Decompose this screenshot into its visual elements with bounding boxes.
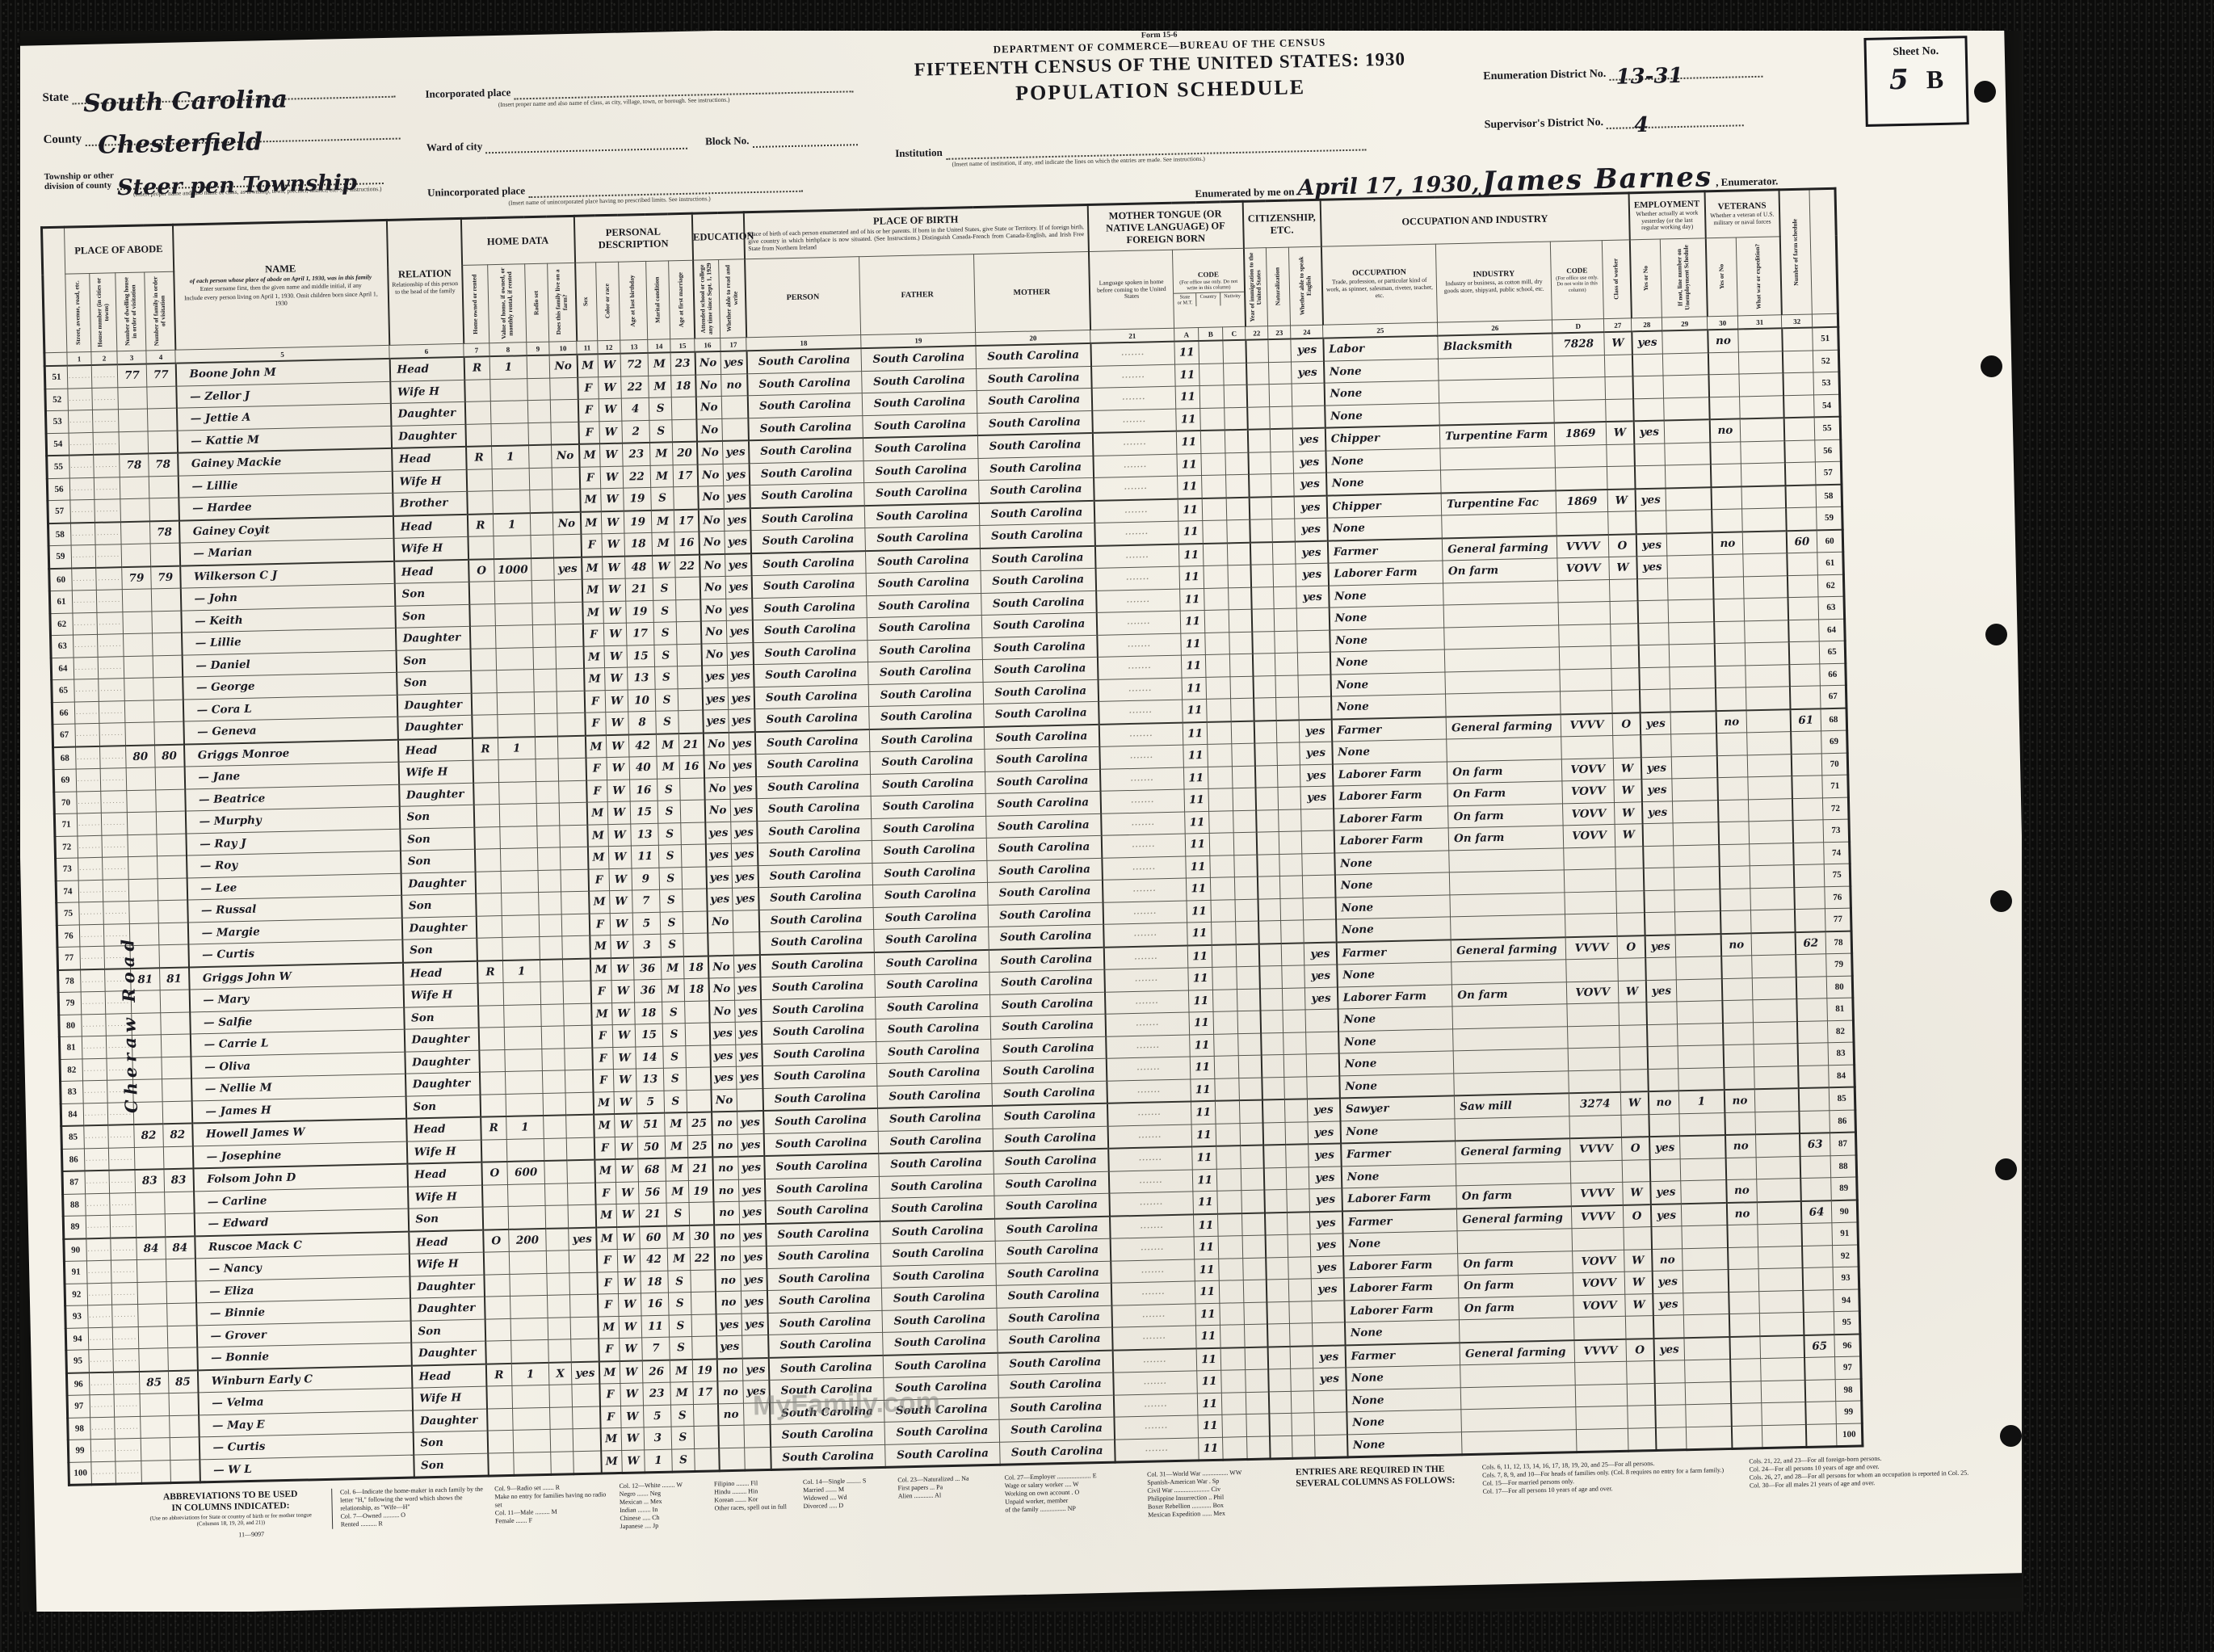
cell-family-number xyxy=(161,1011,191,1034)
cell-radio-set xyxy=(531,557,555,581)
cell-street xyxy=(76,746,101,769)
cell-language xyxy=(1104,968,1189,992)
cell-street xyxy=(69,432,94,456)
cell-line-number-right: 52 xyxy=(1813,350,1840,372)
cell-occupation: None xyxy=(1345,1320,1460,1345)
cell-birthplace-mother: South Carolina xyxy=(983,679,1099,704)
cell-line-number: 96 xyxy=(66,1372,90,1396)
cell-code-c xyxy=(1231,698,1254,721)
cell-line-number-right: 81 xyxy=(1827,998,1854,1020)
cell-radio-set xyxy=(531,580,555,603)
cell-age: 15 xyxy=(630,801,658,823)
county-label: County xyxy=(43,132,82,146)
cell-race: W xyxy=(607,801,631,824)
cell-class-of-worker: W xyxy=(1624,1249,1653,1272)
cell-industry xyxy=(1443,580,1559,605)
cell-marital: S xyxy=(657,801,681,823)
cell-sex: M xyxy=(598,1316,620,1339)
cell-code-c xyxy=(1224,363,1247,385)
cell-at-work xyxy=(1635,465,1666,489)
cell-birthplace-father: South Carolina xyxy=(878,1106,994,1131)
cell-war xyxy=(1761,1357,1805,1381)
cell-code-a: 11 xyxy=(1197,1370,1222,1393)
cell-age-first-marriage: 17 xyxy=(674,509,699,532)
cell-birthplace-father: South Carolina xyxy=(867,615,982,640)
cell-occupation-code: VOVV xyxy=(1573,1250,1625,1273)
cell-home-value xyxy=(502,914,540,937)
cell-family-number xyxy=(170,1414,200,1437)
cell-marital: M xyxy=(662,979,685,1002)
cell-line-number-right: 75 xyxy=(1824,864,1851,886)
cell-birthplace-mother: South Carolina xyxy=(985,769,1101,794)
cell-birthplace-mother: South Carolina xyxy=(994,1149,1109,1174)
cell-speak-english: yes xyxy=(1308,1098,1341,1121)
cell-birthplace-father: South Carolina xyxy=(882,1308,998,1333)
cell-unemployment-line xyxy=(1680,1158,1726,1181)
cell-marital: S xyxy=(660,911,683,934)
cell-farm-schedule xyxy=(1785,462,1817,486)
cell-code-b xyxy=(1218,1236,1243,1259)
cell-farm-schedule xyxy=(1802,1245,1834,1267)
cell-code-a: 11 xyxy=(1194,1236,1219,1259)
cell-naturalization xyxy=(1274,586,1297,608)
col-age-first-marriage: Age at first marriage xyxy=(669,260,695,339)
cell-naturalization xyxy=(1269,384,1292,406)
cell-home-owned xyxy=(482,1206,509,1230)
cell-race: W xyxy=(621,1405,645,1427)
cell-birthplace-father: South Carolina xyxy=(872,860,988,885)
cell-sex: M xyxy=(595,1204,617,1228)
cell-occupation: Labor xyxy=(1323,336,1439,361)
cell-speak-english xyxy=(1297,652,1330,675)
cell-farm-schedule xyxy=(1803,1289,1834,1312)
cell-naturalization xyxy=(1279,831,1302,854)
cell-unemployment-line xyxy=(1670,688,1716,712)
cell-birthplace-mother: South Carolina xyxy=(998,1327,1113,1352)
cell-race: W xyxy=(613,1069,636,1091)
col-age: Age at last birthday xyxy=(619,261,648,340)
cell-naturalization xyxy=(1285,1099,1309,1122)
cell-line-number-right: 54 xyxy=(1814,394,1841,418)
cell-code-a: 11 xyxy=(1182,677,1207,700)
cell-age: 8 xyxy=(628,711,657,734)
cell-industry: General farming xyxy=(1460,1340,1575,1365)
cell-code-a: 11 xyxy=(1191,1078,1216,1102)
cell-year-immigration xyxy=(1267,1346,1291,1369)
cell-line-number-right: 83 xyxy=(1828,1042,1855,1065)
cell-code-a: 11 xyxy=(1194,1213,1219,1237)
cell-at-work xyxy=(1645,957,1677,980)
col-attended-school: Attended school or college any time sinc… xyxy=(693,259,720,338)
cell-war xyxy=(1754,1021,1798,1045)
cell-line-number: 85 xyxy=(61,1125,85,1149)
cell-home-value xyxy=(494,536,531,559)
cell-language xyxy=(1103,901,1187,925)
cell-birthplace-father: South Carolina xyxy=(865,526,981,551)
cell-home-owned: R xyxy=(485,1363,512,1386)
state-field: State South Carolina xyxy=(42,80,395,106)
cell-line-number: 66 xyxy=(52,702,75,725)
cell-occupation-code xyxy=(1574,1316,1627,1339)
cell-occupation-code: VVVV xyxy=(1571,1182,1624,1205)
cell-attended-school: yes xyxy=(710,1045,737,1067)
cell-lives-on-farm xyxy=(552,467,580,490)
cell-radio-set xyxy=(537,847,561,870)
cell-home-owned xyxy=(479,1049,506,1072)
cell-code-c xyxy=(1240,1100,1263,1124)
cell-radio-set xyxy=(536,759,559,781)
cell-class-of-worker xyxy=(1607,443,1635,466)
cell-marital: M xyxy=(652,532,675,556)
cell-home-owned xyxy=(473,760,499,783)
cell-marital: S xyxy=(651,487,674,511)
cell-lives-on-farm xyxy=(565,1070,593,1092)
cell-code-b xyxy=(1200,407,1225,431)
cell-occupation-code: VOVV xyxy=(1573,1294,1626,1318)
cell-code-b xyxy=(1208,766,1233,788)
cell-relation: Head xyxy=(397,738,473,762)
cell-code-c xyxy=(1229,587,1252,610)
cell-class-of-worker: W xyxy=(1623,1182,1651,1205)
cell-line-number-right: 96 xyxy=(1834,1334,1861,1357)
cell-occupation: Farmer xyxy=(1331,717,1447,742)
cell-age-first-marriage xyxy=(681,844,706,867)
cell-radio-set xyxy=(544,1137,567,1161)
cell-year-immigration xyxy=(1265,1212,1288,1235)
cell-occupation: None xyxy=(1335,894,1451,919)
cell-race: W xyxy=(610,912,633,935)
cell-occupation-code xyxy=(1554,399,1607,422)
cell-industry xyxy=(1449,870,1565,895)
cell-code-c xyxy=(1245,1347,1268,1370)
cell-occupation-code xyxy=(1557,512,1609,536)
cell-class-of-worker xyxy=(1615,868,1644,891)
cell-dwelling-number: 77 xyxy=(117,364,147,387)
cell-family-number: 77 xyxy=(146,364,176,387)
cell-birthplace-person: South Carolina xyxy=(750,483,865,508)
cell-sex: M xyxy=(593,1091,615,1115)
cell-family-number: 82 xyxy=(163,1123,193,1146)
cell-marital: M xyxy=(649,375,672,397)
cell-home-value xyxy=(495,603,533,625)
cell-code-b xyxy=(1203,520,1228,544)
cell-lives-on-farm xyxy=(554,579,582,602)
cell-occupation: None xyxy=(1325,448,1441,473)
cell-read-write: yes xyxy=(742,1313,768,1335)
cell-at-work xyxy=(1656,1427,1687,1450)
cell-code-c xyxy=(1230,676,1254,699)
cell-marital: M xyxy=(657,756,680,779)
cell-farm-schedule: 64 xyxy=(1800,1200,1832,1224)
cell-occupation: None xyxy=(1331,694,1447,719)
cell-veteran xyxy=(1716,733,1748,755)
cell-radio-set xyxy=(544,1183,568,1205)
cell-race: W xyxy=(600,466,624,489)
cell-age-first-marriage xyxy=(678,666,703,688)
cell-unemployment-line xyxy=(1685,1359,1731,1382)
cell-language xyxy=(1098,655,1183,679)
cell-birthplace-mother: South Carolina xyxy=(991,1058,1107,1083)
abbrev-col9-11: Col. 9—Radio set ....... R Make no entry… xyxy=(494,1482,608,1525)
cell-code-b xyxy=(1215,1078,1240,1101)
cell-age-first-marriage xyxy=(685,1000,710,1023)
cell-code-a: 11 xyxy=(1176,408,1201,431)
col-number: 28 xyxy=(1632,317,1662,331)
cell-naturalization xyxy=(1269,362,1292,385)
cell-home-owned xyxy=(477,983,504,1006)
cell-line-number: 62 xyxy=(50,613,74,636)
cell-marital: S xyxy=(662,1001,686,1024)
cell-street xyxy=(88,1327,113,1350)
cell-code-a: 11 xyxy=(1190,1034,1215,1057)
cell-code-c xyxy=(1233,788,1256,810)
cell-speak-english xyxy=(1301,809,1334,831)
cell-year-immigration xyxy=(1269,1413,1292,1436)
sheet-number-box: Sheet No. 5 B xyxy=(1863,36,1968,127)
cell-industry xyxy=(1445,669,1561,694)
cell-birthplace-father: South Carolina xyxy=(880,1196,995,1221)
cell-age: 15 xyxy=(627,645,655,667)
cell-read-write: yes xyxy=(729,732,755,755)
col-number: 9 xyxy=(527,342,549,355)
cell-veteran xyxy=(1731,1403,1762,1426)
cell-class-of-worker xyxy=(1626,1316,1654,1339)
cell-race: W xyxy=(606,712,629,735)
cell-year-immigration xyxy=(1263,1167,1287,1190)
cell-relation: Daughter xyxy=(410,1275,485,1299)
cell-marital: S xyxy=(654,644,678,666)
punch-hole xyxy=(2000,1425,2022,1447)
cell-language xyxy=(1114,1415,1199,1440)
cell-year-immigration xyxy=(1248,452,1271,474)
sheet-label: Sheet No. xyxy=(1867,44,1965,60)
cell-occupation-code: VOVV xyxy=(1563,824,1615,847)
cell-sex: M xyxy=(589,891,611,914)
schedule-table-wrap: Cheraw Road MyFamily.com PLACE OF ABODE … xyxy=(40,184,2007,1486)
cell-age-first-marriage xyxy=(683,889,708,911)
cell-industry: General farming xyxy=(1446,714,1561,739)
cell-industry: General farming xyxy=(1451,937,1566,962)
cell-occupation-code: VOVV xyxy=(1557,557,1610,581)
enumeration-district-field: Enumeration District No. 13-31 xyxy=(1483,60,1762,84)
cell-industry: On farm xyxy=(1443,558,1558,583)
cell-code-b xyxy=(1220,1302,1245,1325)
cell-language xyxy=(1113,1371,1198,1395)
cell-code-c xyxy=(1236,921,1259,944)
cell-at-work xyxy=(1647,1024,1678,1046)
cell-race: W xyxy=(603,578,626,601)
cell-home-value: 1 xyxy=(489,355,527,379)
cell-relation: Daughter xyxy=(404,1028,479,1052)
cell-naturalization xyxy=(1279,809,1302,831)
cell-attended-school: yes xyxy=(702,687,729,710)
cell-year-immigration xyxy=(1266,1257,1289,1280)
cell-unemployment-line xyxy=(1678,1045,1724,1069)
cell-code-a: 11 xyxy=(1180,610,1205,633)
cell-language xyxy=(1098,678,1183,702)
cell-class-of-worker: W xyxy=(1604,331,1632,355)
cell-line-number: 65 xyxy=(52,679,75,702)
cell-radio-set xyxy=(529,445,552,469)
cell-home-owned xyxy=(475,871,502,893)
cell-industry xyxy=(1439,400,1555,425)
cell-dwelling-number: 85 xyxy=(139,1371,169,1394)
cell-sex: M xyxy=(590,958,611,982)
cell-line-number-right: 64 xyxy=(1819,619,1846,641)
cell-read-write xyxy=(733,910,759,932)
cell-year-immigration xyxy=(1249,497,1272,520)
cell-line-number: 53 xyxy=(45,410,69,433)
cell-house-number xyxy=(93,431,120,455)
cell-naturalization xyxy=(1288,1279,1312,1301)
cell-sex: F xyxy=(597,1272,619,1294)
cell-home-value xyxy=(504,1026,542,1049)
cell-war xyxy=(1757,1179,1801,1202)
cell-language xyxy=(1111,1303,1196,1327)
cell-naturalization xyxy=(1277,742,1300,765)
cell-birthplace-father: South Carolina xyxy=(863,413,978,438)
cell-race: W xyxy=(612,1024,636,1047)
cell-code-b xyxy=(1223,1436,1248,1460)
cell-home-owned: O xyxy=(483,1229,510,1252)
cell-at-work: yes xyxy=(1649,1136,1681,1159)
cell-line-number-right: 65 xyxy=(1819,641,1846,663)
cell-dwelling-number xyxy=(137,1259,166,1282)
cell-unemployment-line xyxy=(1679,1112,1725,1136)
cell-veteran xyxy=(1715,665,1746,687)
cell-speak-english: yes xyxy=(1294,473,1327,496)
cell-family-number xyxy=(165,1191,195,1213)
cell-dwelling-number: 82 xyxy=(134,1124,164,1147)
cell-speak-english: yes xyxy=(1296,563,1329,586)
cell-race: W xyxy=(600,443,624,467)
cell-home-owned xyxy=(481,1139,507,1162)
abbrev-col12: Col. 12—White ........ W Negro ....... N… xyxy=(619,1481,704,1531)
cell-at-work: yes xyxy=(1636,556,1668,578)
cell-house-number xyxy=(114,1393,141,1416)
cell-dwelling-number xyxy=(124,678,154,700)
cell-home-owned xyxy=(466,469,493,491)
cell-code-a: 11 xyxy=(1183,721,1208,745)
group-occupation-industry: OCCUPATION AND INDUSTRY xyxy=(1320,193,1629,246)
cell-naturalization xyxy=(1276,720,1300,743)
cell-code-a: 11 xyxy=(1175,364,1200,386)
cell-marital: S xyxy=(659,867,683,889)
cell-at-work: yes xyxy=(1652,1271,1683,1293)
cell-occupation-code xyxy=(1564,868,1616,892)
col-number: 2 xyxy=(91,351,117,365)
cell-veteran xyxy=(1723,1022,1754,1045)
cell-relation: Daughter xyxy=(391,424,466,448)
cell-age: 16 xyxy=(630,779,658,801)
col-number: 32 xyxy=(1782,314,1813,328)
cell-at-work: yes xyxy=(1635,488,1666,511)
cell-language xyxy=(1107,1124,1192,1148)
cell-speak-english: yes xyxy=(1300,764,1334,787)
cell-read-write: yes xyxy=(739,1201,766,1225)
cell-occupation: None xyxy=(1338,1007,1453,1032)
cell-birthplace-person: South Carolina xyxy=(767,1288,883,1313)
cell-naturalization xyxy=(1283,987,1306,1010)
col-speak-english: Whether able to speak English xyxy=(1289,246,1323,326)
cell-at-work xyxy=(1638,622,1670,645)
cell-house-number xyxy=(116,1461,142,1484)
cell-home-value: 200 xyxy=(509,1228,547,1251)
cell-birthplace-mother: South Carolina xyxy=(978,456,1094,481)
cell-farm-schedule xyxy=(1795,909,1826,932)
cell-birthplace-person: South Carolina xyxy=(753,640,868,665)
cell-farm-schedule xyxy=(1789,663,1821,686)
cell-attended-school: no xyxy=(714,1224,741,1247)
cell-year-immigration xyxy=(1262,1122,1286,1145)
cell-attended-school: no xyxy=(716,1291,742,1314)
cell-birthplace-mother: South Carolina xyxy=(985,746,1100,771)
cell-at-work xyxy=(1632,354,1664,376)
cell-home-value xyxy=(494,581,532,603)
cell-industry: On farm xyxy=(1447,759,1562,784)
cell-naturalization xyxy=(1276,697,1300,721)
cell-naturalization xyxy=(1270,429,1293,452)
cell-home-value xyxy=(497,670,535,692)
cell-war xyxy=(1760,1335,1804,1358)
cell-birthplace-person: South Carolina xyxy=(761,1019,876,1044)
cell-year-immigration xyxy=(1262,1077,1285,1100)
cell-relation: Son xyxy=(400,827,475,851)
cell-at-work: yes xyxy=(1633,420,1665,443)
cell-birthplace-father: South Carolina xyxy=(868,659,984,684)
cell-farm-schedule xyxy=(1783,394,1815,418)
cell-unemployment-line xyxy=(1673,822,1719,846)
cell-house-number xyxy=(111,1237,137,1260)
cell-race: W xyxy=(611,957,634,981)
cell-industry xyxy=(1441,468,1557,493)
cell-radio-set xyxy=(550,1406,573,1429)
cell-farm-schedule: 65 xyxy=(1804,1335,1835,1358)
cell-house-number xyxy=(98,634,124,657)
cell-home-owned xyxy=(468,536,494,560)
ward-label: Ward of city xyxy=(426,140,483,153)
cell-home-owned xyxy=(474,849,501,872)
cell-age: 72 xyxy=(620,353,649,376)
cell-birthplace-mother: South Carolina xyxy=(996,1261,1111,1286)
abbrev-col6-7: Col. 6—Indicate the home-maker in each f… xyxy=(331,1486,484,1529)
cell-read-write: yes xyxy=(735,1022,762,1045)
cell-war xyxy=(1745,642,1789,666)
cell-age: 50 xyxy=(637,1136,666,1159)
cell-age-first-marriage xyxy=(681,822,706,845)
cell-family-number: 80 xyxy=(154,744,184,767)
cell-age-first-marriage: 18 xyxy=(683,956,708,979)
cell-home-value xyxy=(500,826,538,848)
cell-house-number xyxy=(95,499,121,523)
cell-war xyxy=(1746,687,1791,710)
cell-sex: F xyxy=(599,1383,621,1406)
cell-birthplace-mother: South Carolina xyxy=(994,1193,1110,1218)
cell-race: W xyxy=(603,556,626,579)
cell-birthplace-person: South Carolina xyxy=(750,528,866,553)
cell-naturalization xyxy=(1290,1323,1313,1347)
cell-veteran xyxy=(1719,843,1750,866)
cell-race: W xyxy=(620,1360,643,1384)
cell-at-work xyxy=(1649,1113,1680,1137)
cell-line-number-right: 66 xyxy=(1820,663,1846,686)
cell-occupation: None xyxy=(1347,1431,1463,1457)
cell-veteran: no xyxy=(1716,710,1747,734)
cell-radio-set xyxy=(536,803,560,826)
cell-class-of-worker: W xyxy=(1615,801,1643,824)
cell-lives-on-farm xyxy=(553,534,582,557)
cell-lives-on-farm: No xyxy=(552,444,580,468)
